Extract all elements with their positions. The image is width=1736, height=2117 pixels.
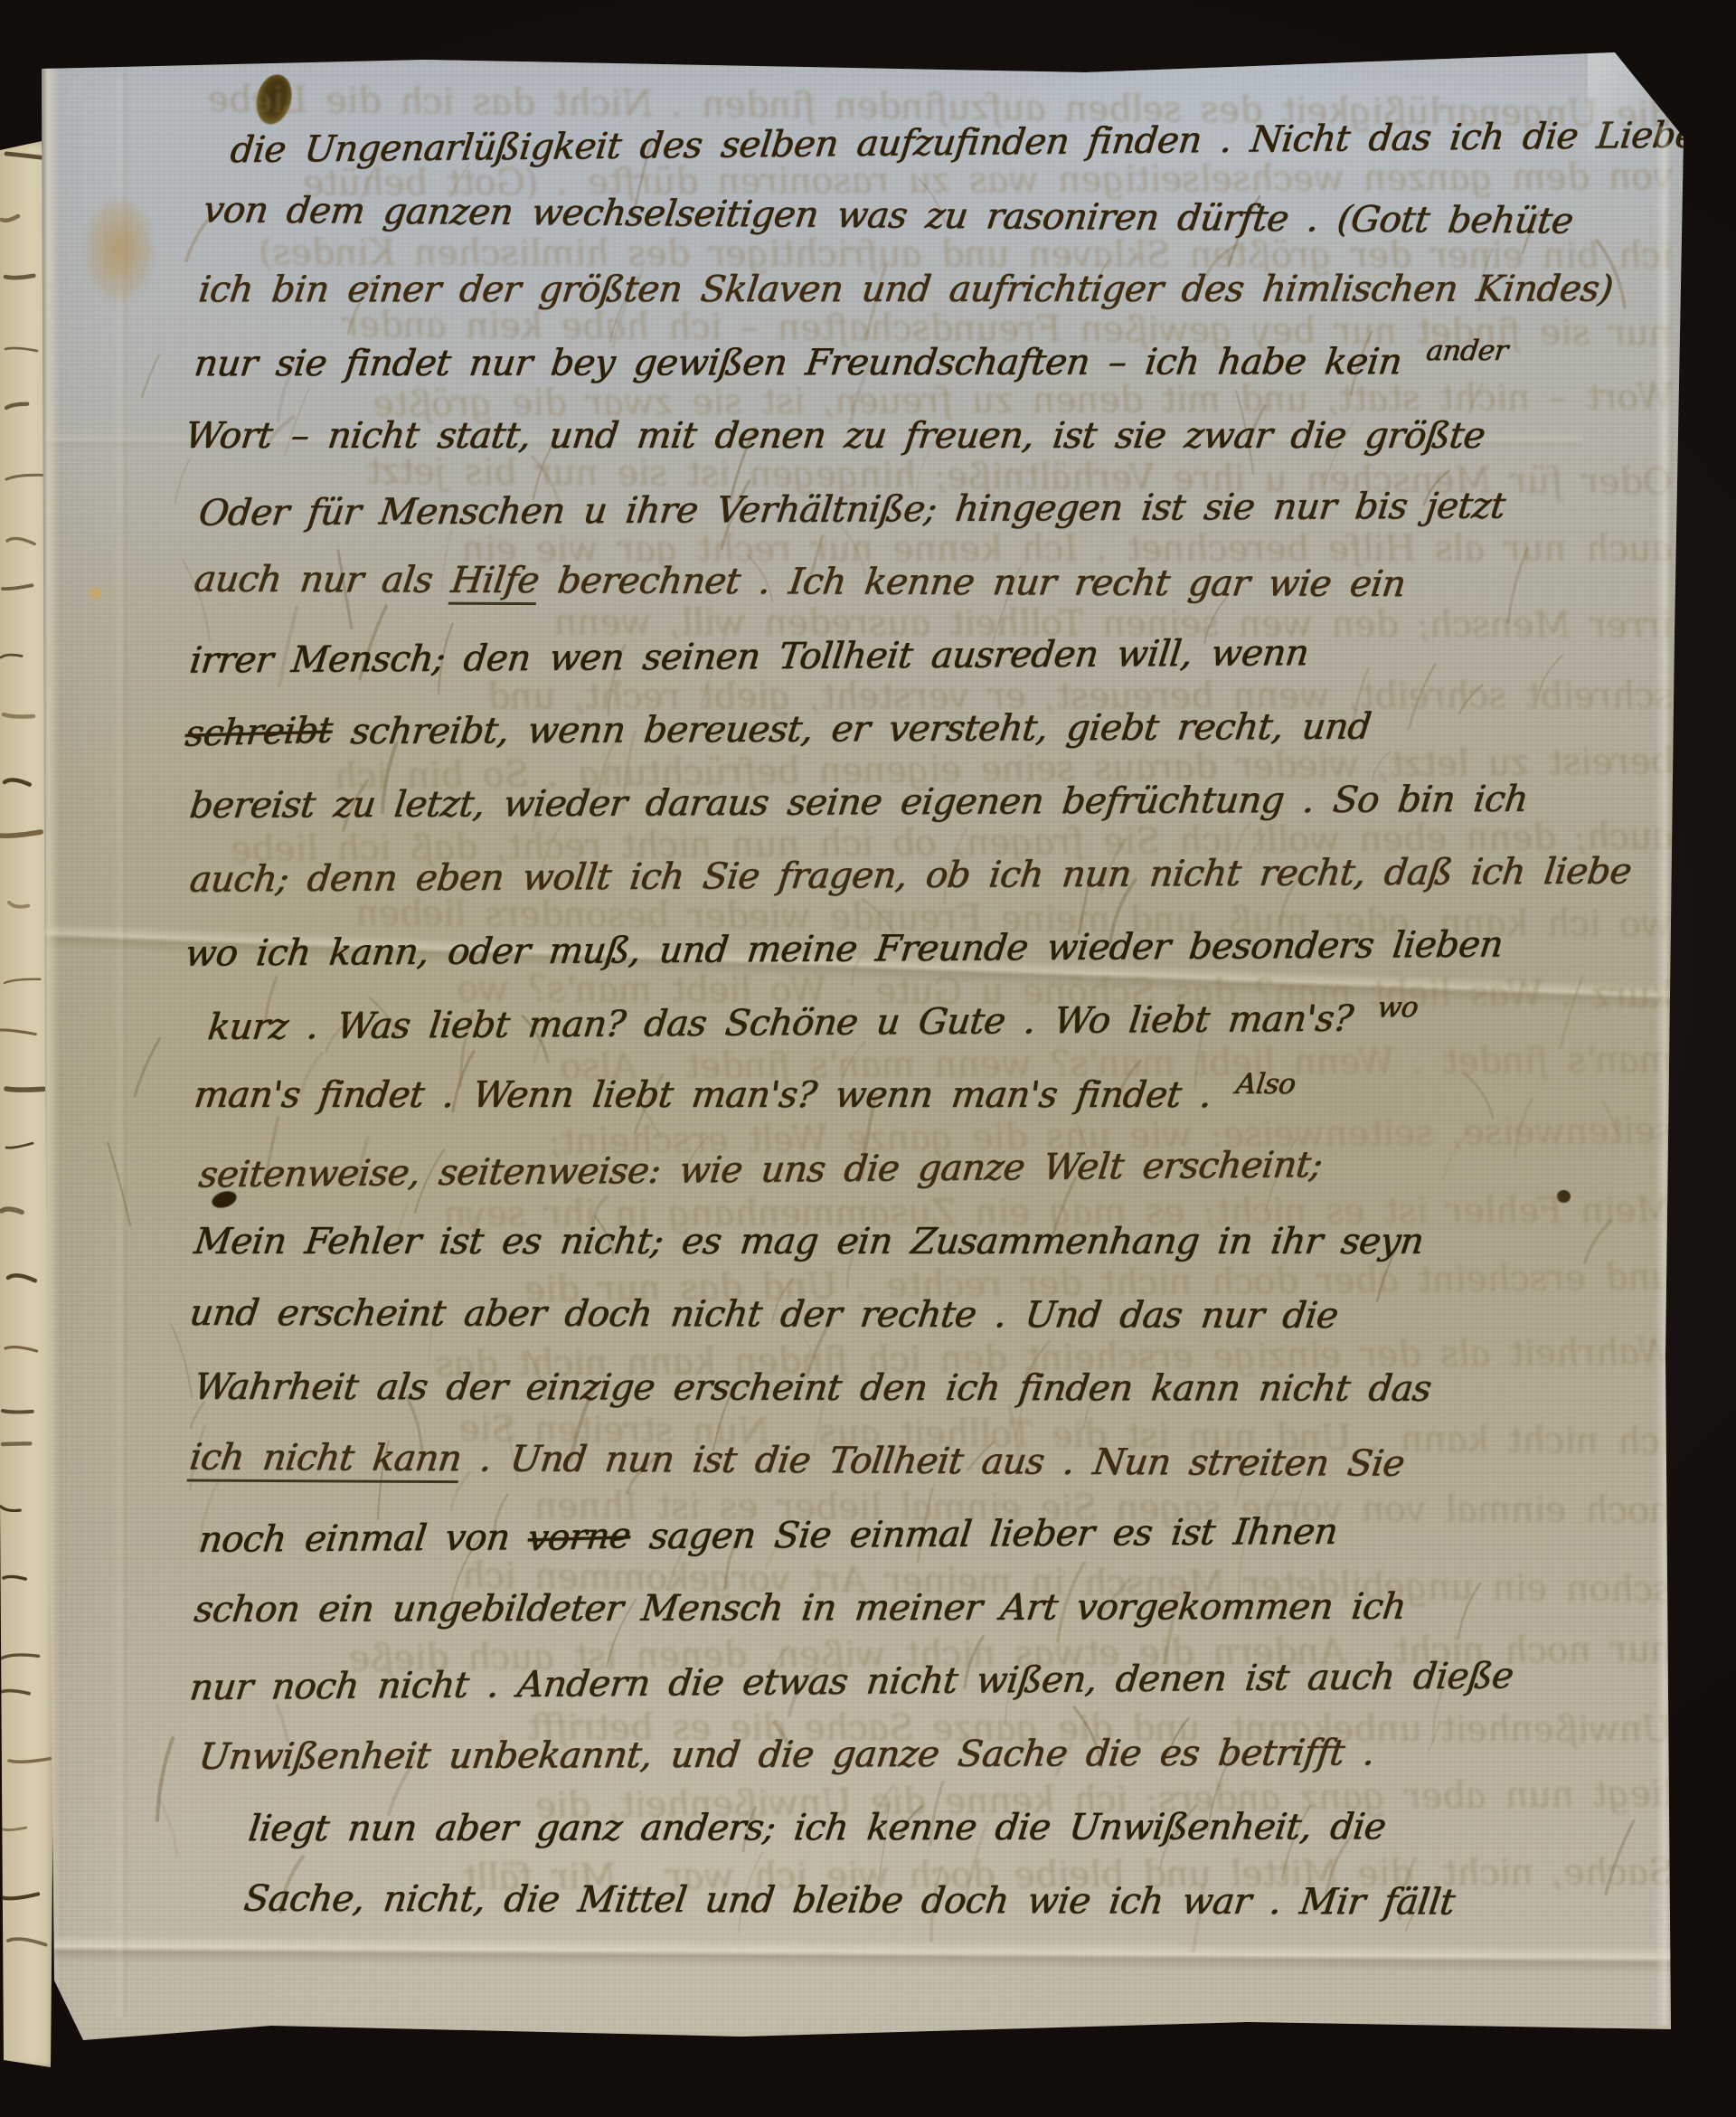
- handwritten-line: kurz . Was liebt man? das Schöne u Gute …: [185, 996, 1700, 1049]
- handwritten-line: Unwißenheit unbekannt, und die ganze Sac…: [185, 1731, 1691, 1778]
- handwritten-line: bereist zu letzt, wieder daraus seine ei…: [185, 778, 1682, 827]
- handwritten-line: seitenweise, seitenweise: wie uns die ga…: [185, 1140, 1691, 1196]
- handwritten-line: auch; denn eben wollt ich Sie fragen, ob…: [185, 850, 1682, 901]
- handwritten-line: nur sie findet nur bey gewißen Freundsch…: [185, 341, 1686, 385]
- handwritten-line: Wahrheit als der einzige erscheint den i…: [185, 1366, 1686, 1410]
- handwritten-line: ich nicht kann . Und nun ist die Tollhei…: [185, 1437, 1682, 1487]
- handwritten-line: die Ungenarlüßigkeit des selben aufzufin…: [185, 114, 1722, 172]
- handwritten-line: noch einmal von vorne sagen Sie einmal l…: [185, 1508, 1691, 1561]
- handwritten-line: schon ein ungebildeter Mensch in meiner …: [185, 1585, 1686, 1630]
- handwritten-line: auch nur als Hilfe berechnet . Ich kenne…: [185, 559, 1686, 607]
- scanned-letter-background: die Ungenarlüßigkeit des selben aufzufin…: [0, 0, 1736, 2117]
- handwritten-line: irrer Mensch; den wen seinen Tollheit au…: [185, 629, 1682, 681]
- handwritten-line: wo ich kann, oder muß, und meine Freunde…: [185, 922, 1677, 975]
- handwritten-line: man's findet . Wenn liebt man's? wenn ma…: [185, 1074, 1686, 1116]
- handwritten-line: nur noch nicht . Andern die etwas nicht …: [185, 1654, 1682, 1709]
- handwritten-line: Wort – nicht statt, und mit denen zu fre…: [185, 415, 1677, 457]
- handwritten-line: von dem ganzen wechselseitigen was zu ra…: [185, 189, 1695, 243]
- handwritten-text: die Ungenarlüßigkeit des selben aufzufin…: [0, 122, 1736, 2021]
- handwritten-line: Mein Fehler ist es nicht; es mag ein Zus…: [185, 1221, 1686, 1262]
- handwritten-line: schreibt schreibt, wenn bereuest, er ver…: [185, 704, 1677, 753]
- handwritten-line: Sache, nicht, die Mittel und bleibe doch…: [185, 1877, 1736, 1923]
- letter-page: die Ungenarlüßigkeit des selben aufzufin…: [0, 0, 1736, 2117]
- handwritten-line: ich bin einer der größten Sklaven und au…: [185, 269, 1691, 311]
- handwritten-line: liegt nun aber ganz anders; ich kenne di…: [185, 1806, 1736, 1850]
- ink-stain: [251, 71, 297, 128]
- handwritten-line: Oder für Menschen u ihre Verhältniße; hi…: [185, 484, 1691, 534]
- handwritten-line: und erscheint aber doch nicht der rechte…: [185, 1292, 1682, 1337]
